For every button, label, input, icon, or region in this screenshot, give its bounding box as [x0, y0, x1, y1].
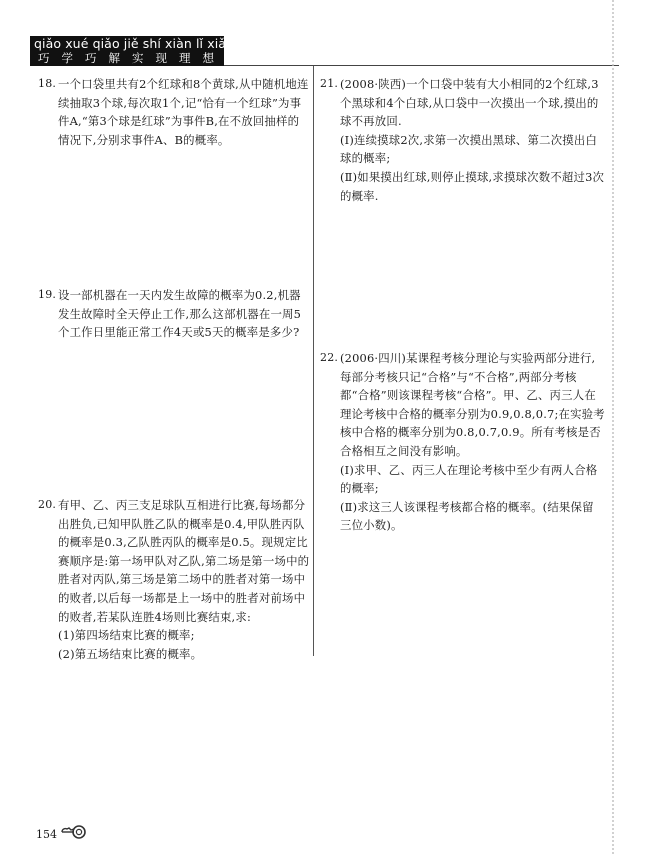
page-number: 154: [36, 828, 57, 841]
problem-number: 18.: [38, 75, 56, 94]
header-hanzi: 巧: [85, 51, 97, 65]
problem-part: (Ⅱ)求这三人该课程考核都合格的概率。(结果保留三位小数)。: [340, 498, 605, 535]
header-hanzi: 解: [109, 51, 121, 65]
problem-number: 19.: [38, 286, 56, 305]
problem-number: 22.: [320, 349, 338, 368]
header-hanzi: 现: [156, 51, 168, 65]
problem-part: (Ⅰ)连续摸球2次,求第一次摸出黑球、第二次摸出白球的概率;: [340, 131, 605, 168]
problem-22: 22. (2006·四川)某课程考核分理论与实验两部分进行,每部分考核只记“合格…: [320, 349, 605, 535]
problem-text: 有甲、乙、丙三支足球队互相进行比赛,每场都分出胜负,已知甲队胜乙队的概率是0.4…: [58, 496, 310, 626]
problem-number: 20.: [38, 496, 56, 515]
problem-text: (2008·陕西)一个口袋中装有大小相同的2个红球,3个黑球和4个白球,从口袋中…: [340, 75, 605, 131]
problem-21: 21. (2008·陕西)一个口袋中装有大小相同的2个红球,3个黑球和4个白球,…: [320, 75, 605, 205]
problem-part: (1)第四场结束比赛的概率;: [58, 626, 310, 645]
header-hanzi: 巧: [38, 51, 50, 65]
problem-text: (2006·四川)某课程考核分理论与实验两部分进行,每部分考核只记“合格”与“不…: [340, 349, 605, 461]
header-rule: [224, 65, 619, 66]
key-icon: [60, 823, 86, 841]
header-hanzi-row: 巧 学 巧 解 实 现 理 想: [34, 51, 220, 65]
problem-18: 18. 一个口袋里共有2个红球和8个黄球,从中随机地连续抽取3个球,每次取1个,…: [38, 75, 310, 149]
header-hanzi: 理: [179, 51, 191, 65]
problem-text: 设一部机器在一天内发生故障的概率为0.2,机器发生故障时全天停止工作,那么这部机…: [58, 286, 310, 342]
scan-edge-shadow: [612, 0, 614, 854]
header-pinyin: qiǎo xué qiǎo jiě shí xiàn lǐ xiǎng: [34, 37, 220, 51]
section-header-banner: qiǎo xué qiǎo jiě shí xiàn lǐ xiǎng 巧 学 …: [30, 36, 224, 66]
problem-number: 21.: [320, 75, 338, 94]
problem-text: 一个口袋里共有2个红球和8个黄球,从中随机地连续抽取3个球,每次取1个,记“恰有…: [58, 75, 310, 149]
header-hanzi: 想: [203, 51, 215, 65]
problem-20: 20. 有甲、乙、丙三支足球队互相进行比赛,每场都分出胜负,已知甲队胜乙队的概率…: [38, 496, 310, 663]
header-hanzi: 学: [62, 51, 74, 65]
problem-part: (Ⅰ)求甲、乙、丙三人在理论考核中至少有两人合格的概率;: [340, 461, 605, 498]
problem-19: 19. 设一部机器在一天内发生故障的概率为0.2,机器发生故障时全天停止工作,那…: [38, 286, 310, 342]
column-divider: [313, 66, 314, 656]
header-hanzi: 实: [132, 51, 144, 65]
problem-part: (2)第五场结束比赛的概率。: [58, 645, 310, 664]
problem-part: (Ⅱ)如果摸出红球,则停止摸球,求摸球次数不超过3次的概率.: [340, 168, 605, 205]
